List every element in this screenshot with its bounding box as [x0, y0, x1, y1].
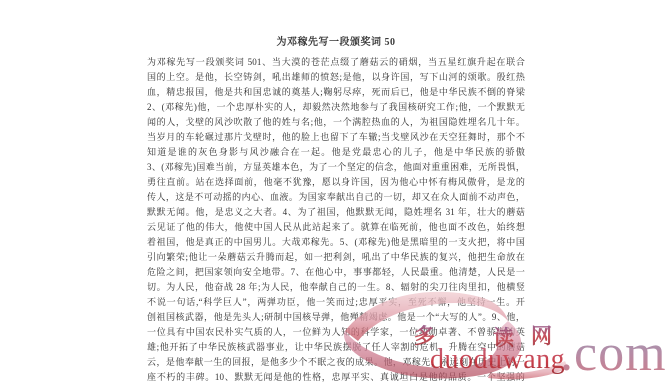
body-line: 默默无闻。他，是忠义之大者。4、为了祖国，他默默无闻，隐姓埋名 31 年，壮大的…	[147, 205, 525, 220]
body-line: 不说一句话,“科学巨人”，两弹功臣，他一笑而过;忠厚平实，至死不懈，他坚持一生。…	[147, 295, 525, 310]
body-line: 一位具有中国农民朴实气质的人，一位鲜为人知的科学家，一位功勋卓著、不曾骄傲的英	[147, 325, 525, 340]
body-line: 雄;他开拓了中华民族核武器事业，让中华民族摆脱了任人宰割的危机。升腾在空中的蘑菇	[147, 340, 525, 355]
body-line: 引向繁荣;他让一朵蘑菇云升腾而起，如一把利剑，吼出了中华民族的复兴，他把生命放在	[147, 250, 525, 265]
watermark-char-wang: 网	[531, 320, 552, 350]
document-page: 为邓稼先写一段颁奖词 50 为邓稼先写一段颁奖词 501、当大漠的苍茫点缀了蘑菇…	[0, 0, 667, 386]
body-line: 着祖国，他是真正的中国男儿。大哉邓稼先。5、(邓稼先)他是黑暗里的一支火把，将中…	[147, 235, 525, 250]
body-line: 云见证了他的伟大，他使中国人民从此站起来了。就算在临死前，他也面不改色，始终想	[147, 220, 525, 235]
body-line: 危险之间，把国家领向安全地带。7、在他心中，事事都轻，人民最重。他清楚，人民是一	[147, 265, 525, 280]
body-line: 切。为人民，他奋战 28 年;为人民，他奉献自己的一生。8、辐射的尖刀往肉里扣，…	[147, 280, 525, 295]
body-line: 云，是他奉献一生的回报，是他多少个不眠之夜的成果。他，邓稼先，永远刻在历史上的一	[147, 355, 525, 370]
body-line: 为邓稼先写一段颁奖词 501、当大漠的苍茫点缀了蘑菇云的硝烟，当五星红旗升起在联…	[147, 55, 525, 70]
body-line: 勇往直前。站在选择面前，他毫不犹豫，愿以身许国，因为他心中怀有梅风傲骨，是龙的	[147, 175, 525, 190]
body-line: 当岁月的车轮碾过那片戈壁时，他的脸上也留下了车辙;当戈壁风沙在天空狂舞时，那个不	[147, 130, 525, 145]
body-line: 2、(邓稼先)他，一个忠厚朴实的人，却毅然决然地参与了我国核研究工作;他，一个默…	[147, 100, 525, 115]
body-line: 座不朽的丰碑。10、默默无闻是他的性格，忠厚平实、真诚坦白是他的品质。一个坚强的	[147, 370, 525, 385]
body-line: 创祖国核武器，他是先头人;研制中国核导弹，他殚精竭虑。他是一个“大写的人”。9、…	[147, 310, 525, 325]
body-line: 3、(邓稼先)国难当前，方显英雄本色，为了一个坚定的信念，他面对重重困难，无所畏…	[147, 160, 525, 175]
body-line: 知道是谁的灰色身影与风沙融合在一起。他是党最忠心的儿子，他是中华民族的骄傲	[147, 145, 525, 160]
body-text: 为邓稼先写一段颁奖词 501、当大漠的苍茫点缀了蘑菇云的硝烟，当五星红旗升起在联…	[147, 55, 525, 386]
body-line: 国的上空。是他，长空铸剑，吼出雄师的愤怒;是他，以身许国，写下山河的颂歌。殷红热	[147, 70, 525, 85]
document-title: 为邓稼先写一段颁奖词 50	[147, 33, 525, 48]
body-line: 传人，这是不可动摇的内心、血液。为国家奉献出自己的一切，却又在众人面前不动声色，	[147, 190, 525, 205]
watermark-domain: .com	[560, 324, 667, 383]
body-line: 血，精忠报国，他是共和国忠诚的奠基人;鞠躬尽瘁，死而后已，他是中华民族不倒的脊梁	[147, 85, 525, 100]
body-line: 闻的人，戈壁的风沙吹散了他的姓与名;他，一个满腔热血的人，为祖国隐姓埋名几十年。	[147, 115, 525, 130]
